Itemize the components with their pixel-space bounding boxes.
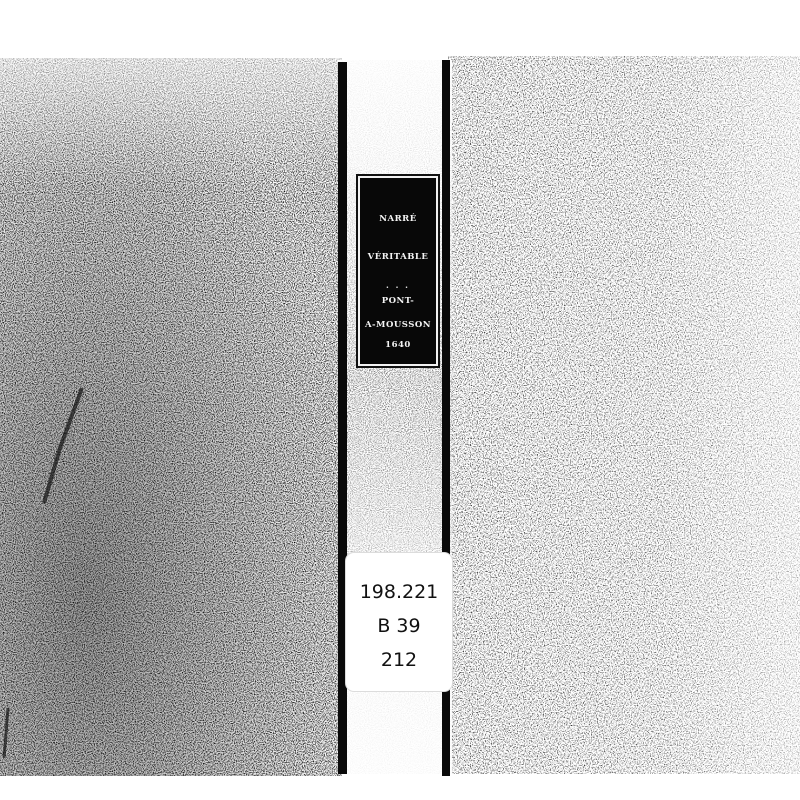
call-number-sticker: 198.221 B 39 212 bbox=[345, 552, 453, 692]
scan-page: NARRÉ VÉRITABLE · · · PONT- A-MOUSSON 16… bbox=[0, 0, 800, 800]
back-cover-right bbox=[448, 56, 800, 774]
front-cover-left bbox=[0, 58, 342, 776]
title-ornament: · · · bbox=[360, 282, 436, 292]
title-line: NARRÉ bbox=[360, 214, 436, 224]
call-number-line: 212 bbox=[346, 649, 452, 671]
year-line: 1640 bbox=[360, 340, 436, 350]
cover-texture bbox=[448, 56, 800, 774]
place-line: PONT- bbox=[360, 296, 436, 306]
place-line: A-MOUSSON bbox=[360, 320, 436, 330]
spine-title-label: NARRÉ VÉRITABLE · · · PONT- A-MOUSSON 16… bbox=[358, 176, 438, 366]
cover-texture bbox=[0, 58, 342, 776]
call-number-line: B 39 bbox=[346, 615, 452, 637]
call-number-line: 198.221 bbox=[346, 581, 452, 603]
title-line: VÉRITABLE bbox=[360, 252, 436, 262]
